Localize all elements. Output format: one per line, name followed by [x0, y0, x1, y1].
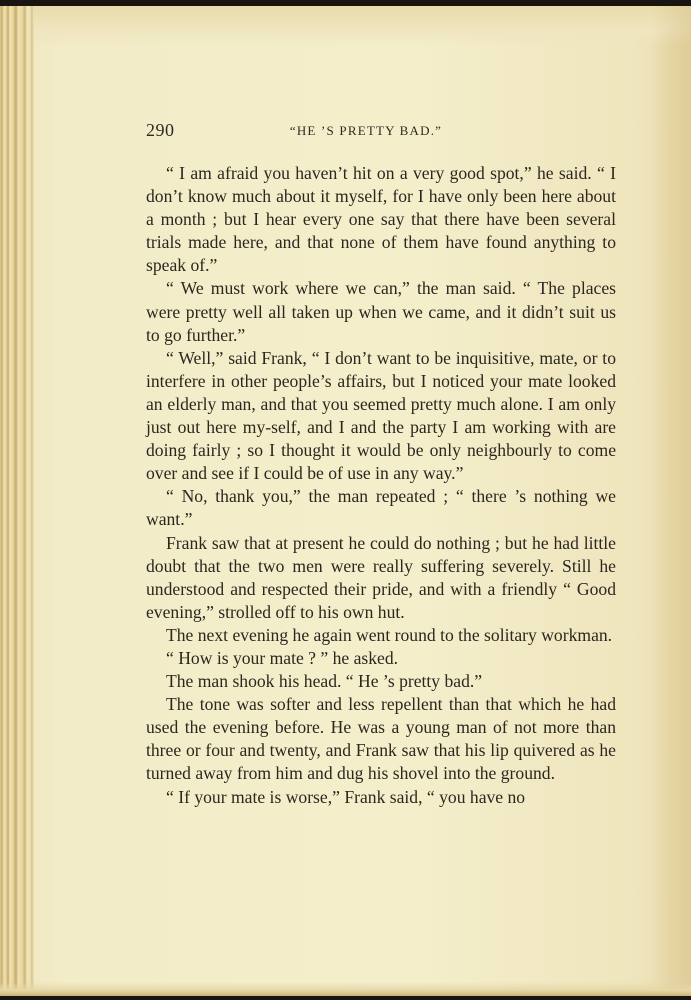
paragraph: “ No, thank you,” the man repeated ; “ t…	[146, 485, 616, 531]
running-head: “HE ’S PRETTY BAD.”	[146, 123, 586, 139]
paragraph: “ Well,” said Frank, “ I don’t want to b…	[146, 347, 616, 486]
page-bottom-edge	[0, 982, 691, 996]
paragraph: The tone was softer and less repellent t…	[146, 693, 616, 785]
paragraph: The next evening he again went round to …	[146, 624, 616, 647]
body-text: “ I am afraid you haven’t hit on a very …	[146, 162, 616, 809]
page-stack-edges	[0, 6, 34, 996]
paragraph: “ I am afraid you haven’t hit on a very …	[146, 162, 616, 277]
paragraph: The man shook his head. “ He ’s pretty b…	[146, 670, 616, 693]
paragraph: “ We must work where we can,” the man sa…	[146, 277, 616, 346]
paragraph: Frank saw that at present he could do no…	[146, 532, 616, 624]
paragraph: “ How is your mate ? ” he asked.	[146, 647, 616, 670]
paragraph: “ If your mate is worse,” Frank said, “ …	[146, 786, 616, 809]
page-header: 290 “HE ’S PRETTY BAD.”	[146, 120, 616, 144]
page-gutter-shade	[651, 6, 691, 996]
page-top-edge	[0, 6, 691, 46]
